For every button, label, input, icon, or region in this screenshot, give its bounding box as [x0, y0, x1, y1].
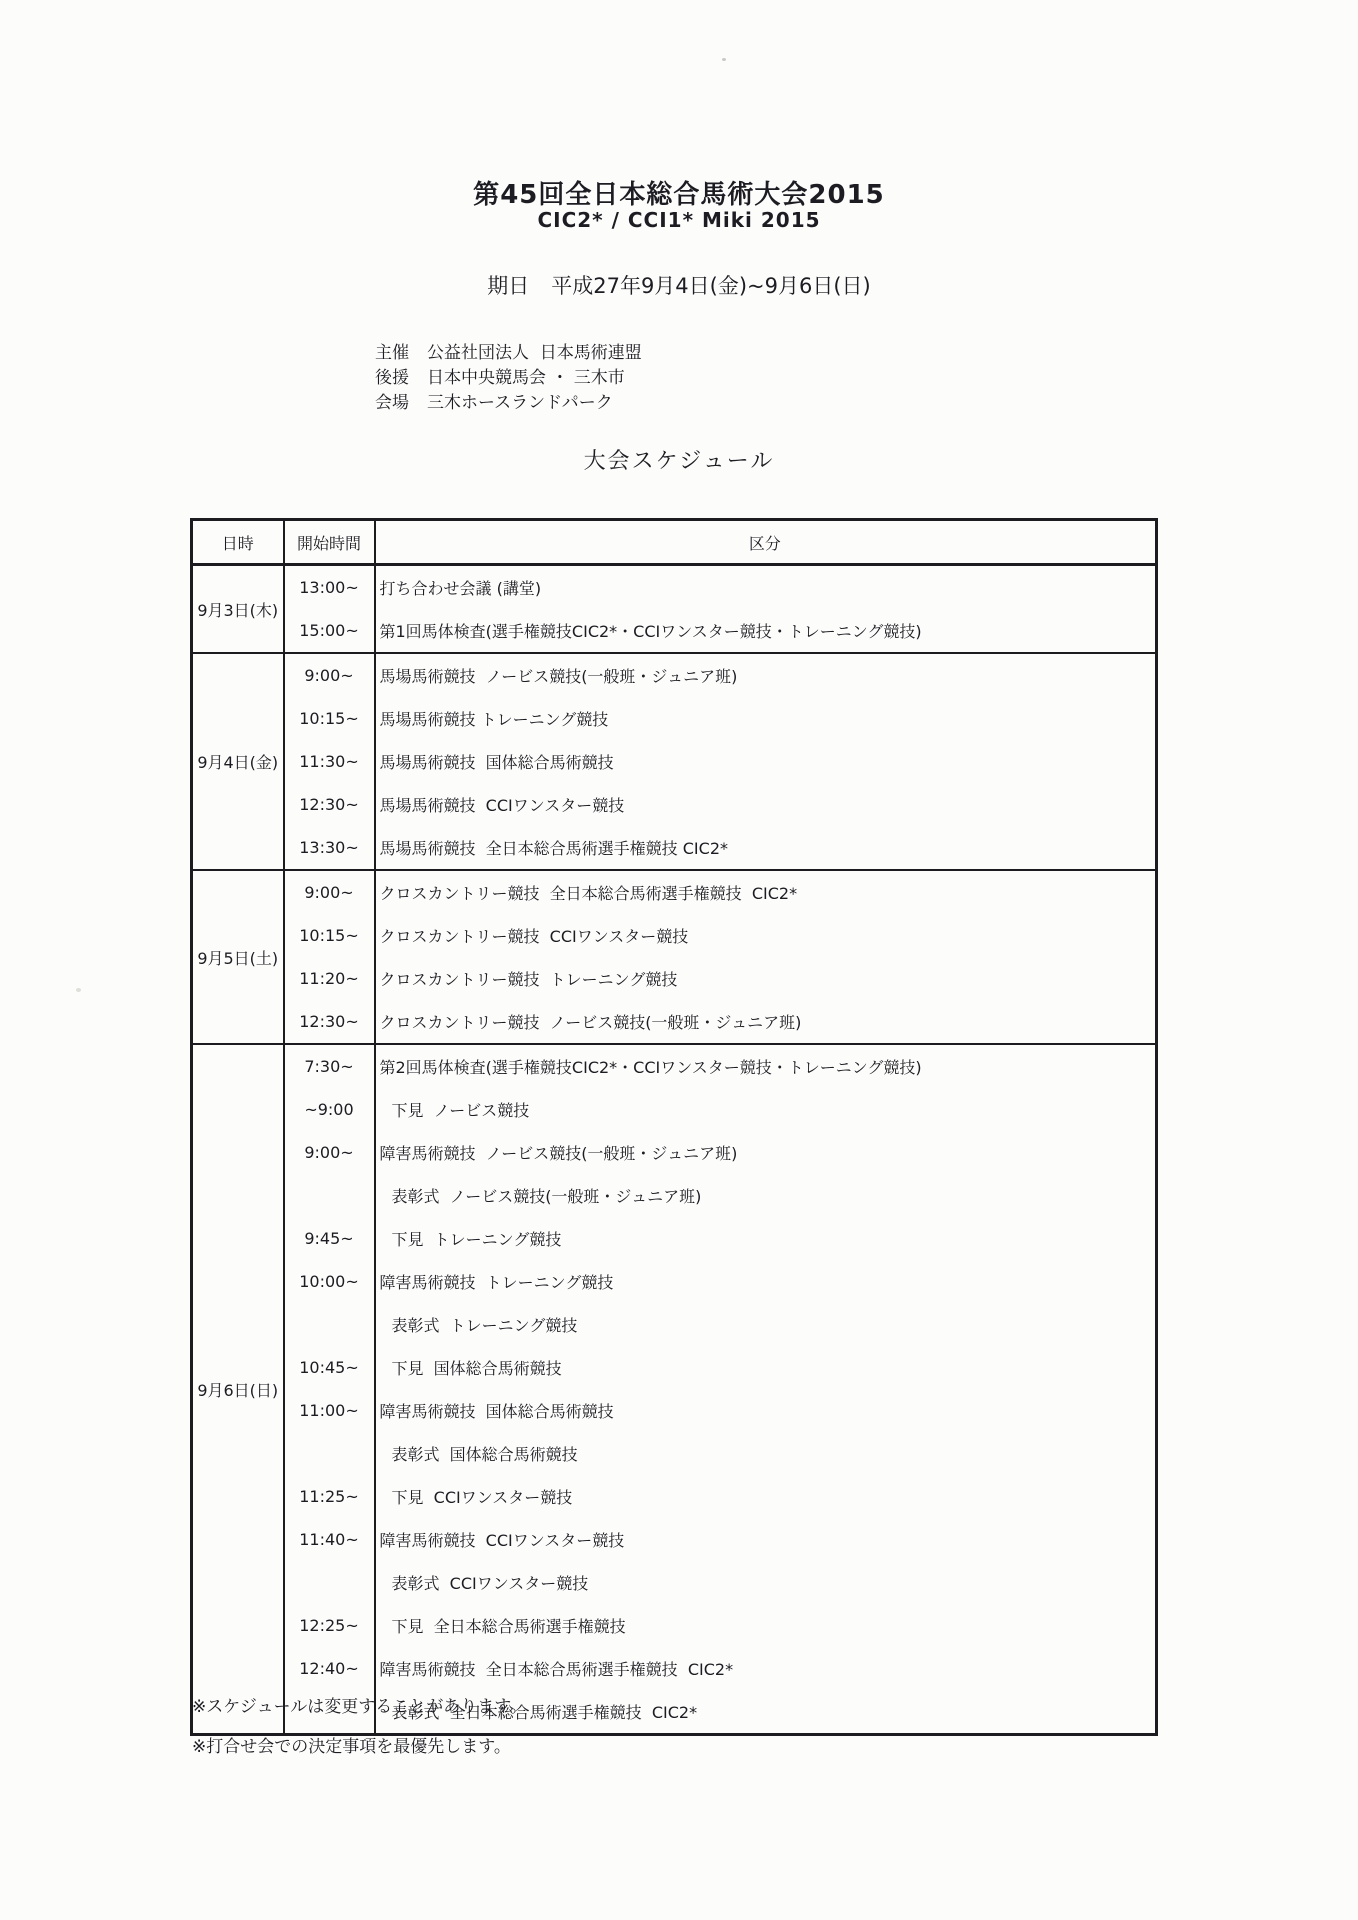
event-date-value: 平成27年9月4日(金)~9月6日(日): [551, 274, 871, 298]
schedule-row: 11:00~障害馬術競技 国体総合馬術競技: [192, 1389, 1157, 1432]
start-time-cell: 12:30~: [284, 1000, 375, 1044]
start-time-cell: 12:40~: [284, 1647, 375, 1690]
date-cell: 9月5日(土): [192, 870, 284, 1044]
event-cell: 馬場馬術競技 全日本総合馬術選手権競技 CIC2*: [375, 826, 1157, 870]
start-time-cell: 12:25~: [284, 1604, 375, 1647]
event-cell: 障害馬術競技 全日本総合馬術選手権競技 CIC2*: [375, 1647, 1157, 1690]
event-cell: 下見 トレーニング競技: [375, 1217, 1157, 1260]
event-cell: 表彰式 国体総合馬術競技: [375, 1432, 1157, 1475]
start-time-cell: 9:00~: [284, 870, 375, 914]
start-time-cell: 9:00~: [284, 653, 375, 697]
date-cell: 9月6日(日): [192, 1044, 284, 1735]
schedule-row: 11:25~下見 CCIワンスター競技: [192, 1475, 1157, 1518]
organizer-host-label: 主催: [375, 341, 409, 366]
schedule-row: 10:15~馬場馬術競技 トレーニング競技: [192, 697, 1157, 740]
start-time-cell: 10:00~: [284, 1260, 375, 1303]
organizer-support-label: 後援: [375, 366, 409, 391]
schedule-row: 表彰式 トレーニング競技: [192, 1303, 1157, 1346]
schedule-row: 9月5日(土)9:00~クロスカントリー競技 全日本総合馬術選手権競技 CIC2…: [192, 870, 1157, 914]
schedule-row: 12:25~下見 全日本総合馬術選手権競技: [192, 1604, 1157, 1647]
start-time-cell: 13:30~: [284, 826, 375, 870]
event-cell: 表彰式 トレーニング競技: [375, 1303, 1157, 1346]
document-title: 第45回全日本総合馬術大会2015: [0, 174, 1358, 211]
event-date-line: 期日平成27年9月4日(金)~9月6日(日): [0, 270, 1358, 300]
start-time-cell: 11:40~: [284, 1518, 375, 1561]
schedule-row: 11:40~障害馬術競技 CCIワンスター競技: [192, 1518, 1157, 1561]
start-time-cell: 10:15~: [284, 697, 375, 740]
scanned-schedule-page: 第45回全日本総合馬術大会2015 CIC2* / CCI1* Miki 201…: [0, 0, 1358, 1920]
footnote-1: ※スケジュールは変更することがあります。: [192, 1692, 527, 1717]
schedule-row: 12:30~クロスカントリー競技 ノービス競技(一般班・ジュニア班): [192, 1000, 1157, 1044]
schedule-row: 表彰式 国体総合馬術競技: [192, 1432, 1157, 1475]
column-header-date: 日時: [192, 520, 284, 565]
organizer-support-row: 後援 日本中央競馬会 ・ 三木市: [375, 366, 642, 391]
event-cell: 第1回馬体検査(選手権競技CIC2*・CCIワンスター競技・トレーニング競技): [375, 609, 1157, 653]
schedule-row: 12:30~馬場馬術競技 CCIワンスター競技: [192, 783, 1157, 826]
event-cell: 馬場馬術競技 CCIワンスター競技: [375, 783, 1157, 826]
schedule-row: 9月4日(金)9:00~馬場馬術競技 ノービス競技(一般班・ジュニア班): [192, 653, 1157, 697]
start-time-cell: 13:00~: [284, 565, 375, 610]
event-cell: 障害馬術競技 CCIワンスター競技: [375, 1518, 1157, 1561]
schedule-row: 表彰式 CCIワンスター競技: [192, 1561, 1157, 1604]
organizer-support-value: 日本中央競馬会 ・ 三木市: [427, 366, 625, 391]
event-cell: 第2回馬体検査(選手権競技CIC2*・CCIワンスター競技・トレーニング競技): [375, 1044, 1157, 1088]
start-time-cell: [284, 1303, 375, 1346]
schedule-row: 12:40~障害馬術競技 全日本総合馬術選手権競技 CIC2*: [192, 1647, 1157, 1690]
schedule-table-wrap: 日時 開始時間 区分 9月3日(木)13:00~打ち合わせ会議 (講堂)15:0…: [190, 518, 1158, 1736]
start-time-cell: 10:45~: [284, 1346, 375, 1389]
document-subtitle: CIC2* / CCI1* Miki 2015: [0, 208, 1358, 232]
schedule-row: 9月3日(木)13:00~打ち合わせ会議 (講堂): [192, 565, 1157, 610]
start-time-cell: 11:25~: [284, 1475, 375, 1518]
start-time-cell: 10:15~: [284, 914, 375, 957]
schedule-row: 11:30~馬場馬術競技 国体総合馬術競技: [192, 740, 1157, 783]
schedule-heading: 大会スケジュール: [0, 444, 1358, 475]
event-cell: 打ち合わせ会議 (講堂): [375, 565, 1157, 610]
schedule-row: 11:20~クロスカントリー競技 トレーニング競技: [192, 957, 1157, 1000]
start-time-cell: 11:30~: [284, 740, 375, 783]
start-time-cell: [284, 1432, 375, 1475]
footnotes: ※スケジュールは変更することがあります。 ※打合せ会での決定事項を最優先します。: [192, 1692, 527, 1772]
date-cell: 9月4日(金): [192, 653, 284, 870]
event-cell: 障害馬術競技 ノービス競技(一般班・ジュニア班): [375, 1131, 1157, 1174]
organizer-venue-label: 会場: [375, 391, 409, 416]
event-cell: クロスカントリー競技 トレーニング競技: [375, 957, 1157, 1000]
schedule-row: 10:15~クロスカントリー競技 CCIワンスター競技: [192, 914, 1157, 957]
organizer-block: 主催 公益社団法人 日本馬術連盟 後援 日本中央競馬会 ・ 三木市 会場 三木ホ…: [375, 341, 642, 416]
footnote-2: ※打合せ会での決定事項を最優先します。: [192, 1732, 527, 1757]
date-cell: 9月3日(木): [192, 565, 284, 654]
scan-artifact: [76, 988, 81, 992]
start-time-cell: [284, 1174, 375, 1217]
organizer-venue-row: 会場 三木ホースランドパーク: [375, 391, 642, 416]
event-cell: 障害馬術競技 トレーニング競技: [375, 1260, 1157, 1303]
schedule-row: 13:30~馬場馬術競技 全日本総合馬術選手権競技 CIC2*: [192, 826, 1157, 870]
organizer-venue-value: 三木ホースランドパーク: [427, 391, 613, 416]
event-cell: クロスカントリー競技 ノービス競技(一般班・ジュニア班): [375, 1000, 1157, 1044]
schedule-row: 9:45~下見 トレーニング競技: [192, 1217, 1157, 1260]
event-cell: 下見 ノービス競技: [375, 1088, 1157, 1131]
event-cell: 表彰式 ノービス競技(一般班・ジュニア班): [375, 1174, 1157, 1217]
start-time-cell: 12:30~: [284, 783, 375, 826]
schedule-header-row: 日時 開始時間 区分: [192, 520, 1157, 565]
schedule-row: 表彰式 ノービス競技(一般班・ジュニア班): [192, 1174, 1157, 1217]
event-cell: クロスカントリー競技 CCIワンスター競技: [375, 914, 1157, 957]
event-cell: 馬場馬術競技 トレーニング競技: [375, 697, 1157, 740]
start-time-cell: 9:00~: [284, 1131, 375, 1174]
schedule-row: 10:45~下見 国体総合馬術競技: [192, 1346, 1157, 1389]
organizer-host-row: 主催 公益社団法人 日本馬術連盟: [375, 341, 642, 366]
scan-artifact: [722, 58, 726, 61]
start-time-cell: 7:30~: [284, 1044, 375, 1088]
schedule-row: ~9:00下見 ノービス競技: [192, 1088, 1157, 1131]
start-time-cell: [284, 1561, 375, 1604]
column-header-start-time: 開始時間: [284, 520, 375, 565]
column-header-category: 区分: [375, 520, 1157, 565]
event-cell: 障害馬術競技 国体総合馬術競技: [375, 1389, 1157, 1432]
start-time-cell: ~9:00: [284, 1088, 375, 1131]
schedule-row: 10:00~障害馬術競技 トレーニング競技: [192, 1260, 1157, 1303]
event-cell: 馬場馬術競技 ノービス競技(一般班・ジュニア班): [375, 653, 1157, 697]
schedule-table-body: 9月3日(木)13:00~打ち合わせ会議 (講堂)15:00~第1回馬体検査(選…: [192, 565, 1157, 1735]
event-cell: 下見 全日本総合馬術選手権競技: [375, 1604, 1157, 1647]
event-cell: 馬場馬術競技 国体総合馬術競技: [375, 740, 1157, 783]
organizer-host-value: 公益社団法人 日本馬術連盟: [427, 341, 642, 366]
schedule-row: 15:00~第1回馬体検査(選手権競技CIC2*・CCIワンスター競技・トレーニ…: [192, 609, 1157, 653]
event-cell: 表彰式 CCIワンスター競技: [375, 1561, 1157, 1604]
start-time-cell: 15:00~: [284, 609, 375, 653]
event-cell: クロスカントリー競技 全日本総合馬術選手権競技 CIC2*: [375, 870, 1157, 914]
schedule-row: 9月6日(日)7:30~第2回馬体検査(選手権競技CIC2*・CCIワンスター競…: [192, 1044, 1157, 1088]
schedule-row: 9:00~障害馬術競技 ノービス競技(一般班・ジュニア班): [192, 1131, 1157, 1174]
start-time-cell: 11:20~: [284, 957, 375, 1000]
event-date-label: 期日: [487, 274, 529, 298]
start-time-cell: 11:00~: [284, 1389, 375, 1432]
schedule-table: 日時 開始時間 区分 9月3日(木)13:00~打ち合わせ会議 (講堂)15:0…: [190, 518, 1158, 1736]
start-time-cell: 9:45~: [284, 1217, 375, 1260]
event-cell: 下見 CCIワンスター競技: [375, 1475, 1157, 1518]
event-cell: 下見 国体総合馬術競技: [375, 1346, 1157, 1389]
